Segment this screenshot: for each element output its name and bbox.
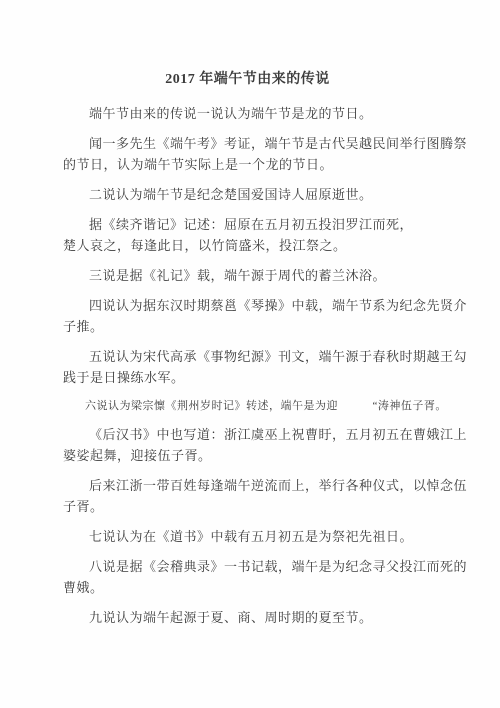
text-line: 八说是据《会稽典录》一书记载，端午是为纪念寻父投江而死的 [63,556,432,577]
text-line: 三说是据《礼记》载，端午源于周代的蓄兰沐浴。 [63,265,432,286]
text-line: 曹娥。 [63,577,432,598]
text-line: 六说认为梁宗懔《荆州岁时记》转述，端午是为迎 “涛神伍子胥。 [63,397,432,415]
paragraph: 闻一多先生《端午考》考证，端午节是古代吴越民间举行图腾祭 的节日，认为端午节实际… [63,133,432,175]
text-line: 《后汉书》中也写道：浙江虞巫上祝曹盱，五月初五在曹娥江上 [63,424,432,445]
text-line: 楚人哀之，每逢此日，以竹筒盛米，投江祭之。 [63,235,432,256]
text-line: 二说认为端午节是纪念楚国爱国诗人屈原逝世。 [63,184,432,205]
text-line: 践于是日操练水军。 [63,367,432,388]
paragraph: 据《续齐谐记》记述：屈原在五月初五投汨罗江而死， 楚人哀之，每逢此日，以竹筒盛米… [63,214,432,256]
text-line: 九说认为端午起源于夏、商、周时期的夏至节。 [63,607,432,628]
text-line: 子推。 [63,316,432,337]
text-line: 子胥。 [63,496,432,517]
paragraph: 六说认为梁宗懔《荆州岁时记》转述，端午是为迎 “涛神伍子胥。 [63,397,432,415]
text-line: 婆娑起舞，迎接伍子胥。 [63,445,432,466]
paragraph: 三说是据《礼记》载，端午源于周代的蓄兰沐浴。 [63,265,432,286]
paragraph: 七说认为在《道书》中载有五月初五是为祭祀先祖日。 [63,526,432,547]
paragraph: 四说认为据东汉时期蔡邕《琴操》中载，端午节系为纪念先贤介 子推。 [63,295,432,337]
paragraph: 五说认为宋代高承《事物纪源》刊文，端午源于春秋时期越王勾 践于是日操练水军。 [63,346,432,388]
document-page: 2017 年端午节由来的传说 端午节由来的传说一说认为端午节是龙的节日。 闻一多… [0,0,500,708]
text-line: 五说认为宋代高承《事物纪源》刊文，端午源于春秋时期越王勾 [63,346,432,367]
text-line: 端午节由来的传说一说认为端午节是龙的节日。 [63,103,432,124]
paragraph: 《后汉书》中也写道：浙江虞巫上祝曹盱，五月初五在曹娥江上 婆娑起舞，迎接伍子胥。 [63,424,432,466]
text-line: 的节日，认为端午节实际上是一个龙的节日。 [63,154,432,175]
text-line: 闻一多先生《端午考》考证，端午节是古代吴越民间举行图腾祭 [63,133,432,154]
document-title: 2017 年端午节由来的传说 [63,70,432,90]
paragraph: 九说认为端午起源于夏、商、周时期的夏至节。 [63,607,432,628]
paragraph: 端午节由来的传说一说认为端午节是龙的节日。 [63,103,432,124]
text-line: 四说认为据东汉时期蔡邕《琴操》中载，端午节系为纪念先贤介 [63,295,432,316]
text-line: 据《续齐谐记》记述：屈原在五月初五投汨罗江而死， [63,214,432,235]
paragraph: 八说是据《会稽典录》一书记载，端午是为纪念寻父投江而死的 曹娥。 [63,556,432,598]
text-line: 七说认为在《道书》中载有五月初五是为祭祀先祖日。 [63,526,432,547]
paragraph: 二说认为端午节是纪念楚国爱国诗人屈原逝世。 [63,184,432,205]
paragraph: 后来江浙一带百姓每逢端午逆流而上，举行各种仪式，以悼念伍 子胥。 [63,475,432,517]
text-line: 后来江浙一带百姓每逢端午逆流而上，举行各种仪式，以悼念伍 [63,475,432,496]
